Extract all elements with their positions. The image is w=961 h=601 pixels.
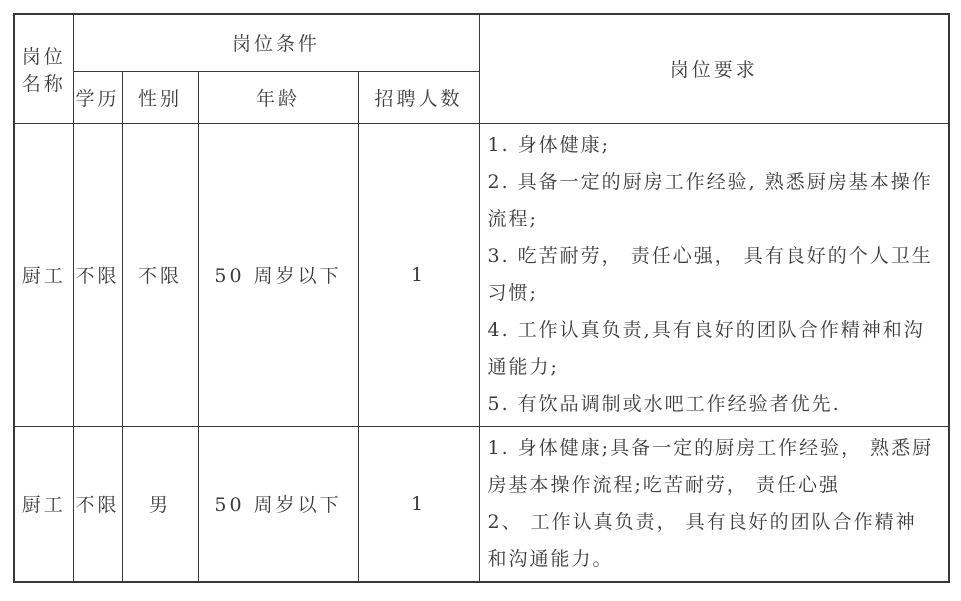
cell-position: 厨工: [14, 426, 73, 582]
cell-gender: 不限: [122, 123, 198, 426]
cell-gender: 男: [122, 426, 198, 582]
cell-requirements: 1. 身体健康; 2. 具备一定的厨房工作经验, 熟悉厨房基本操作流程; 3. …: [479, 123, 949, 426]
requirement-item: 3. 吃苦耐劳， 责任心强， 具有良好的个人卫生习惯;: [488, 238, 937, 312]
recruitment-table: 岗位名称 岗位条件 岗位要求 学历 性别 年龄 招聘人数 厨工 不限 不限 50…: [13, 13, 950, 583]
header-requirements: 岗位要求: [479, 14, 949, 123]
header-headcount: 招聘人数: [358, 71, 479, 123]
cell-age: 50 周岁以下: [198, 426, 358, 582]
table-row: 厨工 不限 不限 50 周岁以下 1 1. 身体健康; 2. 具备一定的厨房工作…: [14, 123, 949, 426]
header-age: 年龄: [198, 71, 358, 123]
cell-headcount: 1: [358, 426, 479, 582]
header-position-name: 岗位名称: [14, 14, 73, 123]
requirement-item: 2. 具备一定的厨房工作经验, 熟悉厨房基本操作流程;: [488, 164, 937, 238]
cell-education: 不限: [73, 123, 122, 426]
cell-requirements: 1. 身体健康;具备一定的厨房工作经验， 熟悉厨房基本操作流程;吃苦耐劳， 责任…: [479, 426, 949, 582]
requirement-item: 2、 工作认真负责， 具有良好的团队合作精神和沟通能力。: [488, 504, 937, 578]
table-row: 厨工 不限 男 50 周岁以下 1 1. 身体健康;具备一定的厨房工作经验， 熟…: [14, 426, 949, 582]
cell-age: 50 周岁以下: [198, 123, 358, 426]
requirement-item: 1. 身体健康;具备一定的厨房工作经验， 熟悉厨房基本操作流程;吃苦耐劳， 责任…: [488, 430, 937, 504]
header-education: 学历: [73, 71, 122, 123]
header-conditions-group: 岗位条件: [73, 14, 479, 71]
cell-headcount: 1: [358, 123, 479, 426]
requirement-item: 1. 身体健康;: [488, 127, 937, 164]
cell-position: 厨工: [14, 123, 73, 426]
header-row-top: 岗位名称 岗位条件 岗位要求: [14, 14, 949, 71]
cell-education: 不限: [73, 426, 122, 582]
requirement-item: 5. 有饮品调制或水吧工作经验者优先.: [488, 386, 937, 423]
header-gender: 性别: [122, 71, 198, 123]
recruitment-table-container: 岗位名称 岗位条件 岗位要求 学历 性别 年龄 招聘人数 厨工 不限 不限 50…: [13, 13, 950, 583]
requirement-item: 4. 工作认真负责,具有良好的团队合作精神和沟通能力;: [488, 312, 937, 386]
